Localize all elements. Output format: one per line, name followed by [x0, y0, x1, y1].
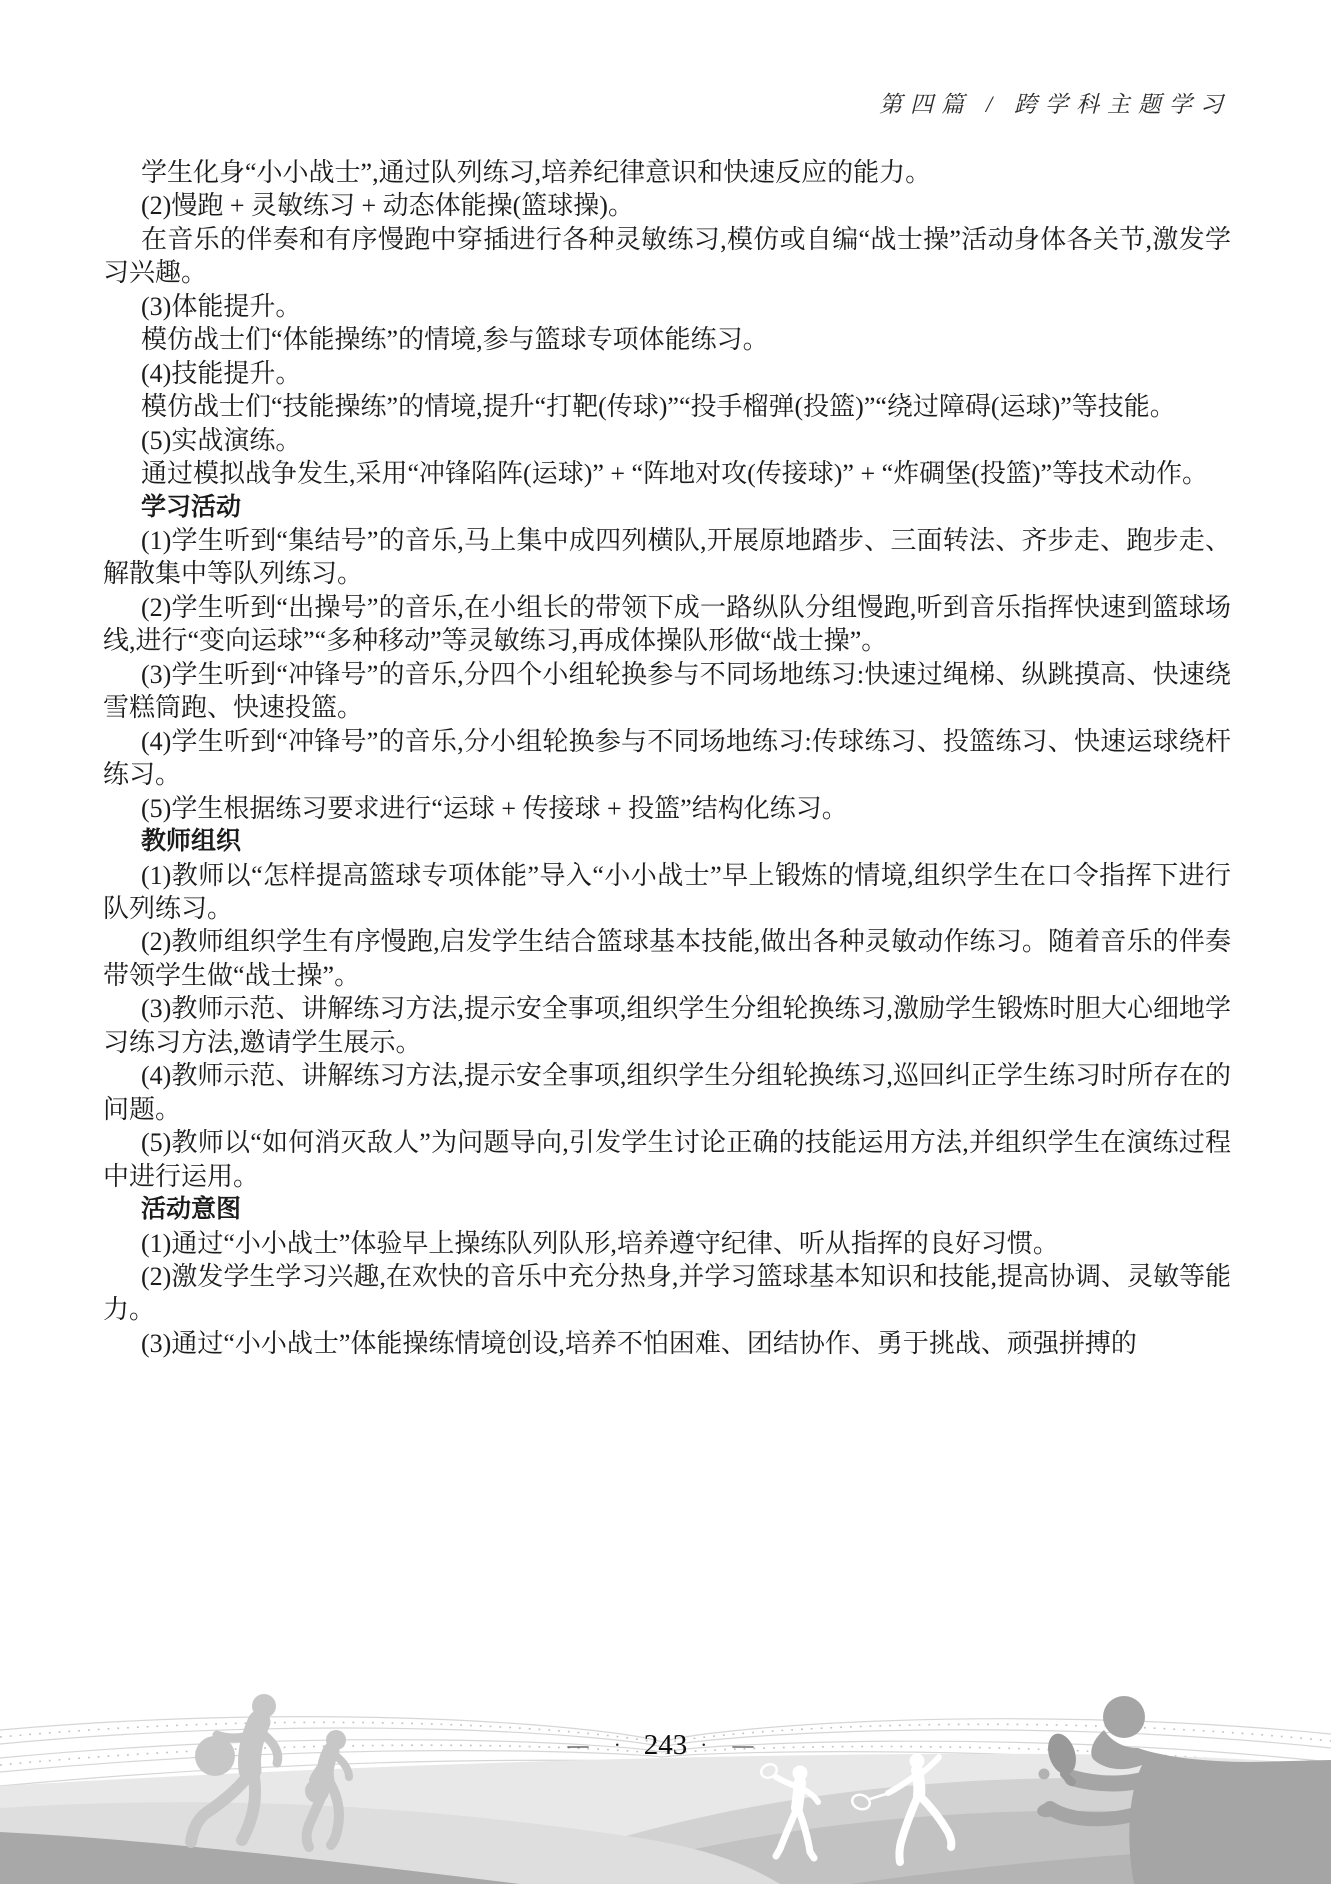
section-heading-activity-intent: 活动意图 [103, 1193, 1231, 1226]
paragraph: (2)学生听到“出操号”的音乐,在小组长的带领下成一路纵队分组慢跑,听到音乐指挥… [103, 591, 1231, 658]
paragraph: (1)教师以“怎样提高篮球专项体能”导入“小小战士”早上锻炼的情境,组织学生在口… [103, 859, 1231, 926]
table-tennis-ball-icon [1039, 1769, 1050, 1780]
paragraph: 学生化身“小小战士”,通过队列练习,培养纪律意识和快速反应的能力。 [103, 156, 1231, 189]
section-heading-teacher-organization: 教师组织 [103, 825, 1231, 858]
page-number-ornament-right: · — [700, 1733, 763, 1757]
paragraph: 模仿战士们“技能操练”的情境,提升“打靶(传球)”“投手榴弹(投篮)”“绕过障碍… [103, 390, 1231, 423]
page-body: 学生化身“小小战士”,通过队列练习,培养纪律意识和快速反应的能力。 (2)慢跑 … [103, 156, 1231, 1360]
paragraph: 通过模拟战争发生,采用“冲锋陷阵(运球)” + “阵地对攻(传接球)” + “炸… [103, 457, 1231, 490]
paragraph: 在音乐的伴奏和有序慢跑中穿插进行各种灵敏练习,模仿或自编“战士操”活动身体各关节… [103, 223, 1231, 290]
footer-decoration [0, 1690, 1331, 1884]
paragraph: (3)学生听到“冲锋号”的音乐,分四个小组轮换参与不同场地练习:快速过绳梯、纵跳… [103, 658, 1231, 725]
paragraph: (3)体能提升。 [103, 290, 1231, 323]
page-number-value: 243 [644, 1729, 688, 1761]
paragraph: (5)教师以“如何消灭敌人”为问题导向,引发学生讨论正确的技能运用方法,并组织学… [103, 1126, 1231, 1193]
paragraph: (2)教师组织学生有序慢跑,启发学生结合篮球基本技能,做出各种灵敏动作练习。随着… [103, 925, 1231, 992]
paragraph: (3)教师示范、讲解练习方法,提示安全事项,组织学生分组轮换练习,激励学生锻炼时… [103, 992, 1231, 1059]
paragraph: 模仿战士们“体能操练”的情境,参与篮球专项体能练习。 [103, 323, 1231, 356]
paragraph: (1)学生听到“集结号”的音乐,马上集中成四列横队,开展原地踏步、三面转法、齐步… [103, 524, 1231, 591]
paragraph: (4)学生听到“冲锋号”的音乐,分小组轮换参与不同场地练习:传球练习、投篮练习、… [103, 725, 1231, 792]
paragraph: (1)通过“小小战士”体验早上操练队列队形,培养遵守纪律、听从指挥的良好习惯。 [103, 1227, 1231, 1260]
paragraph: (3)通过“小小战士”体能操练情境创设,培养不怕困难、团结协作、勇于挑战、顽强拼… [103, 1327, 1231, 1360]
section-heading-learning-activities: 学习活动 [103, 491, 1231, 524]
paragraph: (4)技能提升。 [103, 357, 1231, 390]
paragraph: (5)实战演练。 [103, 424, 1231, 457]
book-page: 第四篇 / 跨学科主题学习 学生化身“小小战士”,通过队列练习,培养纪律意识和快… [0, 0, 1331, 1884]
paragraph: (2)激发学生学习兴趣,在欢快的音乐中充分热身,并学习篮球基本知识和技能,提高协… [103, 1260, 1231, 1327]
paragraph: (4)教师示范、讲解练习方法,提示安全事项,组织学生分组轮换练习,巡回纠正学生练… [103, 1059, 1231, 1126]
paragraph: (2)慢跑 + 灵敏练习 + 动态体能操(篮球操)。 [103, 189, 1231, 222]
running-head: 第四篇 / 跨学科主题学习 [103, 86, 1231, 119]
paragraph: (5)学生根据练习要求进行“运球 + 传接球 + 投篮”结构化练习。 [103, 792, 1231, 825]
page-number: — ·243· — [0, 1729, 1331, 1762]
page-number-ornament-left: — · [568, 1733, 631, 1757]
